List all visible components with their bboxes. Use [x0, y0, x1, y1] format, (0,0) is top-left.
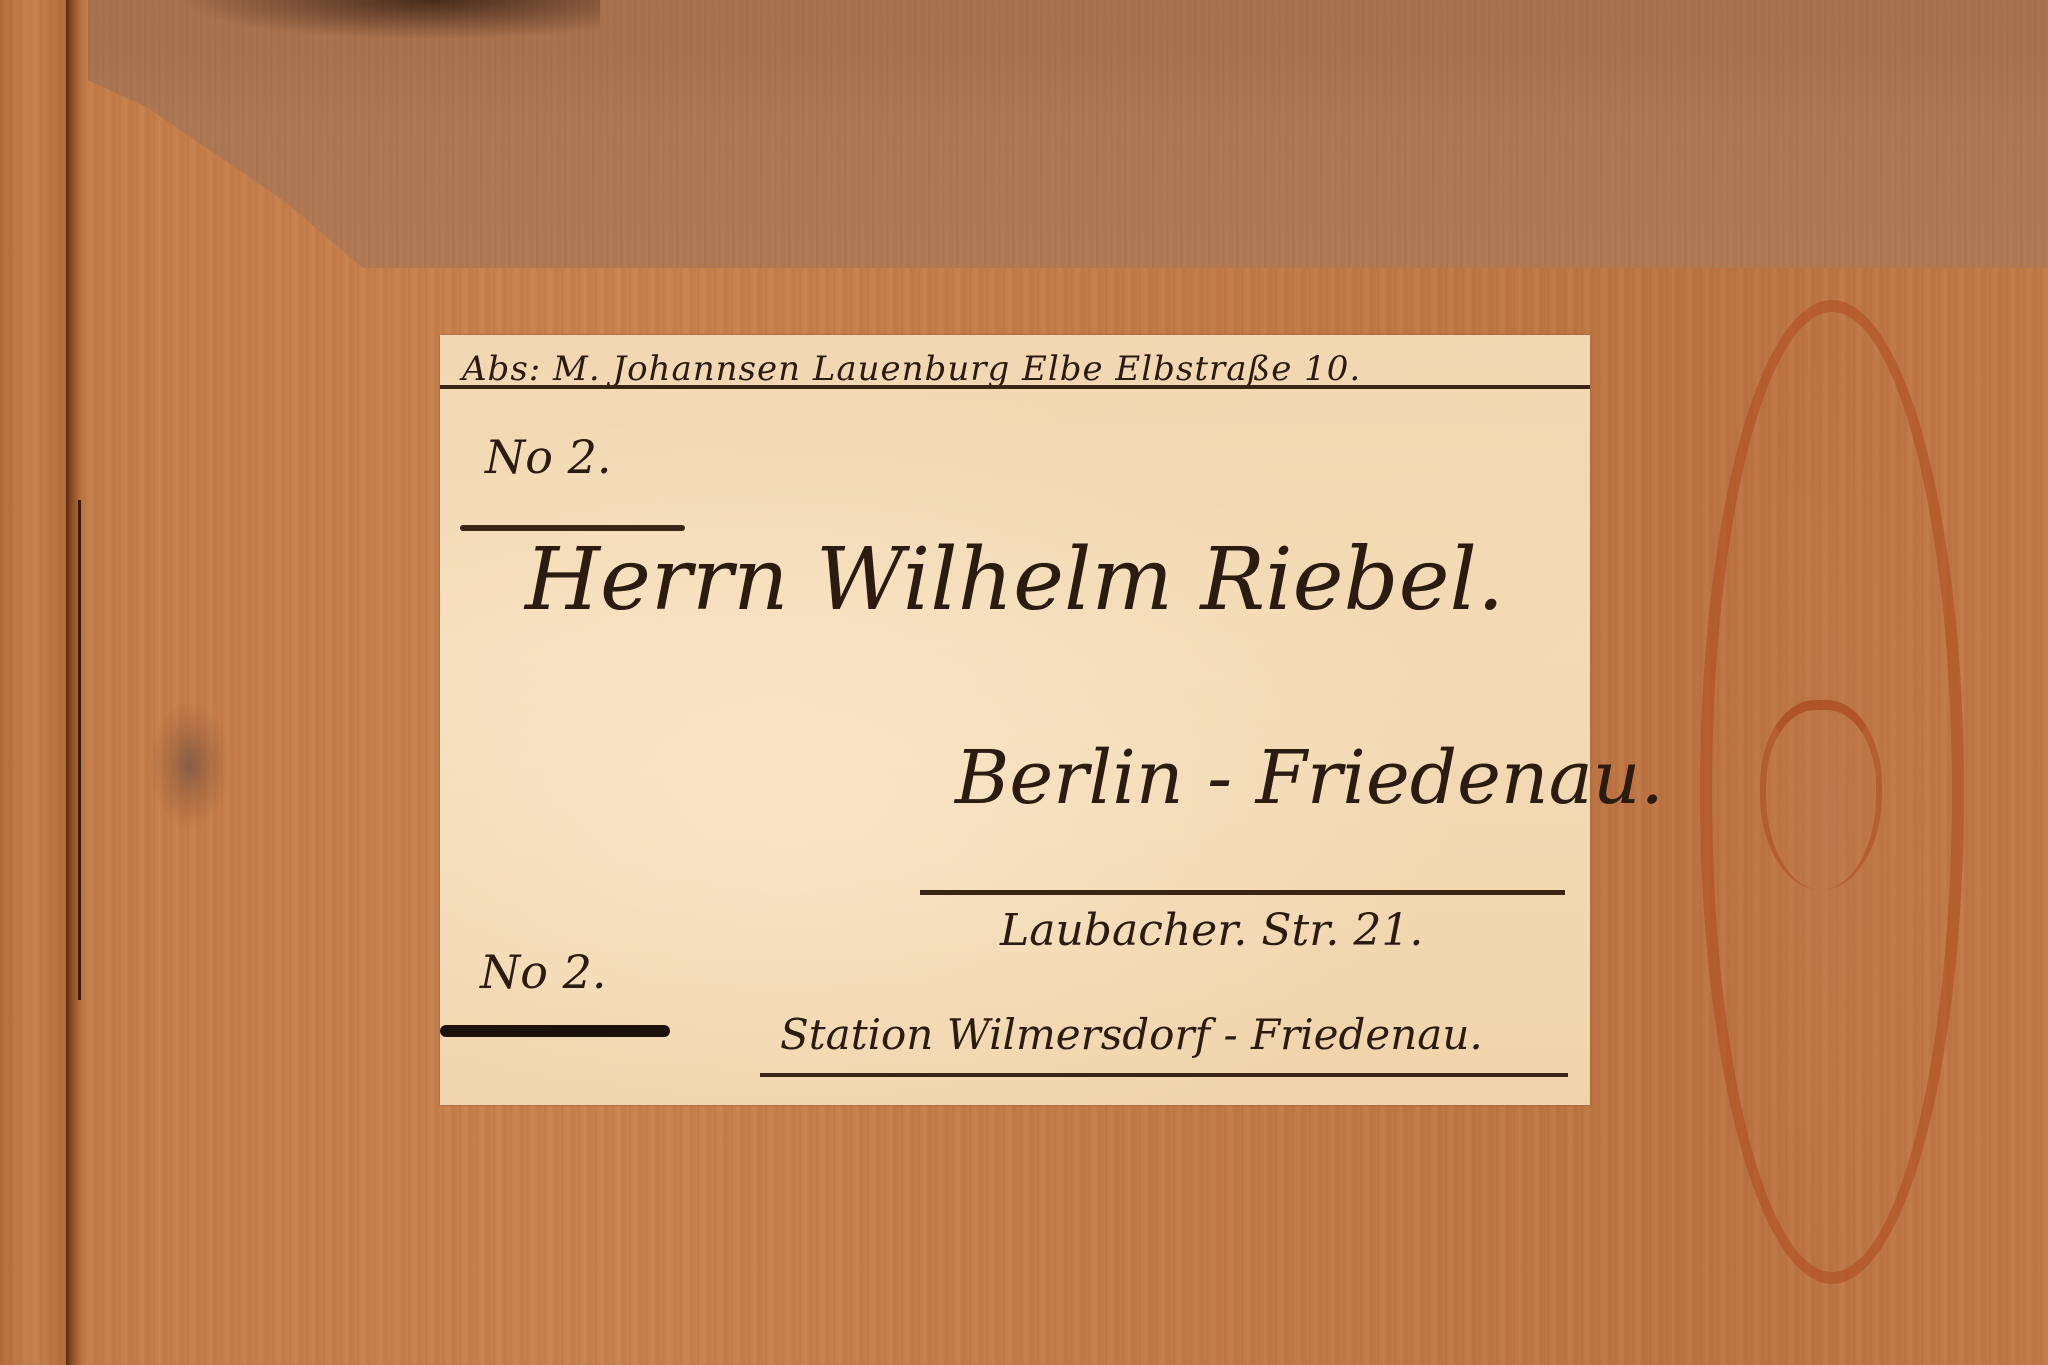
station-underline — [760, 1073, 1568, 1077]
package-number-top: No 2. — [485, 430, 611, 484]
wood-knot-right-core — [1760, 700, 1882, 890]
address-label: Abs: M. Johannsen Lauenburg Elbe Elbstra… — [440, 335, 1590, 1105]
weathered-top-band — [88, 0, 2048, 268]
recipient-city: Berlin - Friedenau. — [955, 735, 1664, 821]
delivery-station: Station Wilmersdorf - Friedenau. — [780, 1010, 1483, 1059]
wood-crack — [78, 500, 81, 1000]
sender-underline — [440, 385, 1590, 389]
top-shadow — [180, 0, 600, 40]
wood-knot-left — [150, 700, 230, 830]
sender-line: Abs: M. Johannsen Lauenburg Elbe Elbstra… — [462, 349, 1361, 389]
city-underline — [920, 890, 1565, 895]
package-number-bottom: No 2. — [480, 945, 606, 999]
recipient-street: Laubacher. Str. 21. — [1000, 905, 1423, 956]
plank-seam — [66, 0, 88, 1365]
recipient-name: Herrn Wilhelm Riebel. — [525, 530, 1504, 630]
package-number-bottom-underline — [440, 1025, 670, 1037]
left-plank — [0, 0, 66, 1365]
